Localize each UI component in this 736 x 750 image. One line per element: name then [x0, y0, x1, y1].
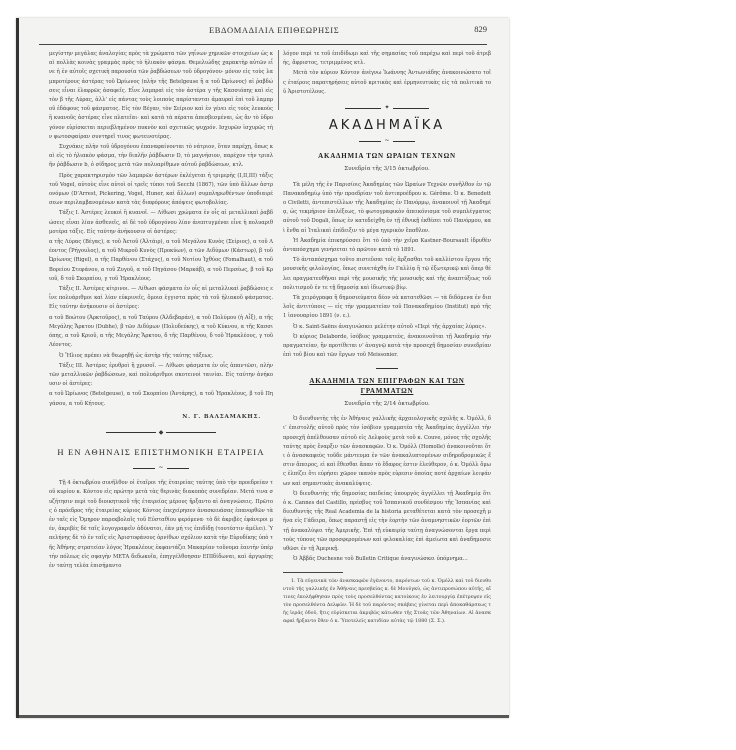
paragraph: μεγίστην μεγάλας ἀναλογίας πρὸς τὰ χρώμα…	[49, 50, 273, 142]
paragraph: Ὁ κ. Saint-Saëns ἀναγινώσκει μελέτην αὐτ…	[283, 323, 491, 332]
class-one-paragraph: Τάξις I. Ἀστέρες λευκοὶ ἢ κυανοῖ. — Λίθω…	[49, 209, 273, 237]
star-list-class-three: α τοῦ Ὠρίωνος (Betelgeuse), α τοῦ Σκορπί…	[49, 390, 273, 408]
journal-title: ΕΒΔΟΜΑΔΙΑΙΑ ΕΠΙΘΕΩΡΗΣΙΣ	[209, 25, 339, 35]
section-heading: ΑΚΑΔΗΜΑΪΚΑ	[283, 121, 491, 130]
subsection-heading: ΑΚΑΔΗΜΙΑ ΤΩΝ ΕΠΙΓΡΑΦΩΝ ΚΑΙ ΤΩΝ ΓΡΑΜΜΑΤΩΝ	[283, 377, 491, 395]
header-rule	[39, 44, 487, 45]
short-divider	[283, 368, 491, 369]
session-date: Συνεδρία τῆς 2/14 ὀκτωβρίου.	[283, 400, 491, 409]
column-divider	[278, 50, 279, 110]
running-header: ΕΒΔΟΜΑΔΙΑΙΑ ΕΠΙΘΕΩΡΗΣΙΣ 829	[19, 18, 509, 42]
star-list-class-two: α τοῦ Βοώτου (Ἀρκτοῦρος), α τοῦ Ταύρου (…	[49, 314, 273, 351]
ornamental-divider: ~	[49, 465, 273, 471]
paragraph: Ὁ Ἥλιος πρέπει νὰ θεωρηθῇ ὡς ἀστὴρ τῆς τ…	[49, 352, 273, 361]
author-signature: Ν. Γ. ΒΑΛΣΑΜΑΚΗΣ.	[49, 413, 261, 422]
paragraph: Συχνάκις πλὴν τοῦ ὑδρογόνου ἐπαναφαίνοντ…	[49, 143, 273, 171]
paragraph: Ὁ Ἀββᾶς Duchesne τοῦ Bulletin Critique ἀ…	[283, 555, 491, 564]
document-page: ΕΒΔΟΜΑΔΙΑΙΑ ΕΠΙΘΕΩΡΗΣΙΣ 829 μεγίστην μεγ…	[16, 18, 509, 718]
paragraph: Ὁ κύριος Delaborde, ἰσόβιος γραμματεὺς, …	[283, 333, 491, 361]
session-date: Συνεδρία τῆς 3/15 ὀκτωβρίου.	[283, 165, 491, 174]
paragraph: Πρὸς χαρακτηρισμὸν τῶν λαμπρῶν ἀστέρων ἐ…	[49, 172, 273, 209]
paragraph: Ὁ διευθυντὴς τῆς ἐν Ἀθήναις γαλλικῆς ἀρχ…	[283, 415, 491, 489]
paragraph: Ὁ διευθυντὴς τῆς δημοσίας παιδείας ὑπουρ…	[283, 490, 491, 554]
paragraph: Ἡ Ἀκαδημία ἐπικηρύσσει ὅτι τὸ ὑπὸ τὴν χε…	[283, 237, 491, 255]
paragraph: Μετὰ τὸν κύριον Κόντον ἀνέγνω Ἰωάννης Ἀν…	[283, 69, 491, 97]
left-column: μεγίστην μεγάλας ἀναλογίας πρὸς τὰ χρώμα…	[49, 50, 273, 572]
class-three-paragraph: Τάξις III. Ἀστέρες ἐρυθροὶ ἢ χρυσοῖ. — Λ…	[49, 362, 273, 390]
footnote: 1. Τὰ εὐγενικὰ τῶν ἀνασκαφῶν ἐγένοντο, π…	[283, 578, 491, 626]
paragraph: Τὸ ἀνταπόσχημα τοῦτο πιστεῦσαι τοῖς ἄρξα…	[283, 256, 491, 293]
ornamental-divider: ✦	[283, 105, 491, 111]
class-two-paragraph: Τάξις II. Ἀστέρες κίτρινοι. — Λίθωσι φάσ…	[49, 285, 273, 313]
ornamental-divider: ~	[283, 138, 491, 144]
paragraph: Τῇ 4 ὀκτωβρίου συνῆλθον οἱ ἑταῖροι τῆς ἑ…	[49, 479, 273, 571]
page-number: 829	[474, 24, 487, 34]
society-heading: Η ΕΝ ΑΘΗΝΑΙΣ ΕΠΙΣΤΗΜΟΝΙΚΗ ΕΤΑΙΡΕΙΑ	[49, 448, 273, 457]
right-column: λόγον περὶ τε τοῦ ἐπιδίδωμι καὶ τῆς σημα…	[283, 50, 491, 631]
paragraph: λόγον περὶ τε τοῦ ἐπιδίδωμι καὶ τῆς σημα…	[283, 50, 491, 68]
star-list-class-one: α τῆς Λύρας (Βέγας), α τοῦ Ἀετοῦ (Ἀλτάιρ…	[49, 238, 273, 284]
paragraph: Τὰ χειρόγραφα ἢ δημοσιεύματα δέον νὰ κατ…	[283, 294, 491, 322]
subsection-heading: ΑΚΑΔΗΜΙΑ ΤΩΝ ΩΡΑΙΩΝ ΤΕΧΝΩΝ	[283, 152, 491, 161]
paragraph: Τὰ μέλη τῆς ἐν Παρισίοις Ἀκαδημίας τῶν Ὡ…	[283, 181, 491, 236]
footnote-rule	[283, 572, 343, 573]
ornamental-divider: ◆	[49, 430, 273, 436]
